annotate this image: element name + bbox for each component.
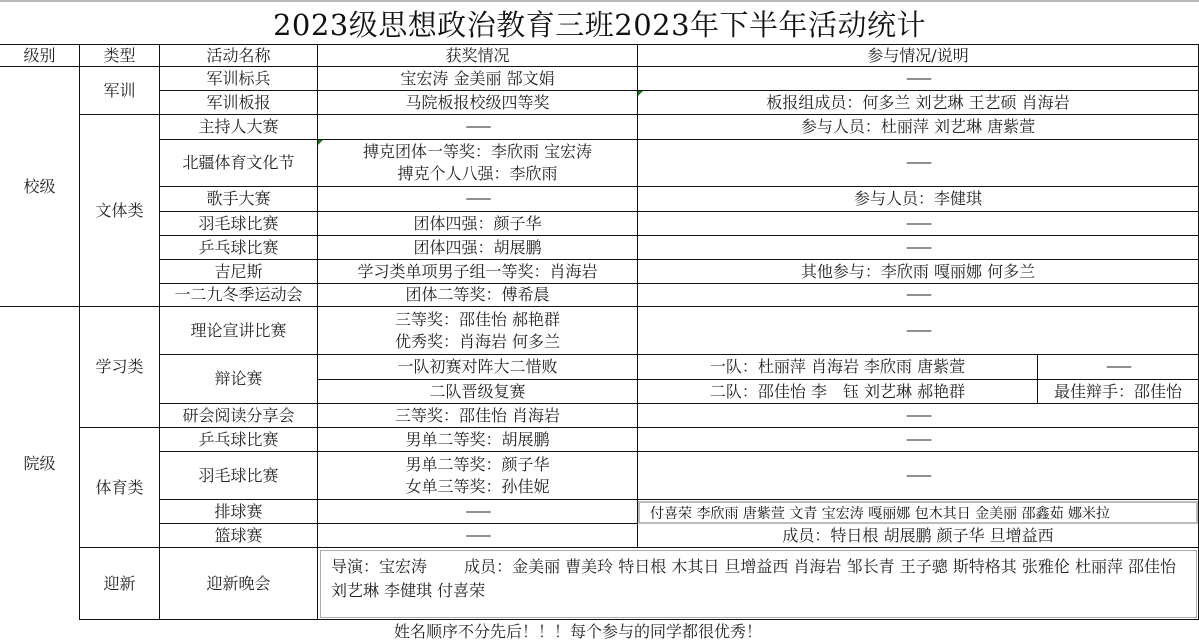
volleyball-members-textbox[interactable]: 付喜荣 李欣雨 唐紫萱 文青 宝宏涛 嘎丽娜 包木其日 金美丽 邵鑫茹 娜米拉 bbox=[638, 501, 1198, 524]
awards-cell: 三等奖：邵佳怡 肖海岩 bbox=[318, 404, 638, 428]
type-sports: 体育类 bbox=[80, 428, 160, 548]
type-study: 学习类 bbox=[80, 307, 160, 428]
activity-name: 北疆体育文化节 bbox=[160, 140, 318, 187]
participation-cell: —— bbox=[638, 284, 1199, 307]
header-awards: 获奖情况 bbox=[318, 44, 638, 67]
activity-name: 歌手大赛 bbox=[160, 187, 318, 212]
award-line: 优秀奖：肖海岩 何多兰 bbox=[395, 331, 560, 353]
type-welcome: 迎新 bbox=[80, 548, 160, 620]
award-line: 搏克个人八强：李欣雨 bbox=[397, 163, 557, 185]
comment-marker-icon[interactable] bbox=[638, 91, 643, 96]
welcome-details-textbox[interactable]: 导演：宝宏涛 成员：金美丽 曹美玲 特日根 木其日 旦增益西 肖海岩 邹长青 王… bbox=[320, 550, 1197, 618]
award-line: 三等奖：邵佳怡 郝艳群 bbox=[395, 309, 560, 331]
level-school: 校级 bbox=[0, 67, 80, 307]
team-members-cell: 二队：邵佳怡 李 钰 刘艺琳 郝艳群 bbox=[638, 380, 1038, 404]
participation-cell: 板报组成员：何多兰 刘艺琳 王艺硕 肖海岩 bbox=[638, 91, 1199, 115]
activity-name: 乒乓球比赛 bbox=[160, 428, 318, 452]
activity-name: 羽毛球比赛 bbox=[160, 212, 318, 236]
participation-cell: 参与人员：李健琪 bbox=[638, 187, 1199, 212]
participation-cell: —— bbox=[638, 428, 1199, 452]
participation-cell: —— bbox=[638, 67, 1199, 91]
participation-cell: 其他参与：李欣雨 嘎丽娜 何多兰 bbox=[638, 260, 1199, 284]
awards-cell: 团体四强：胡展鹏 bbox=[318, 236, 638, 260]
awards-cell: 一队初赛对阵大二惜败 bbox=[318, 355, 638, 380]
header-participation: 参与情况/说明 bbox=[638, 44, 1199, 67]
team-note-cell: —— bbox=[1038, 355, 1199, 380]
activity-name: 篮球赛 bbox=[160, 524, 318, 548]
participation-cell: —— bbox=[638, 452, 1199, 500]
awards-cell: —— bbox=[318, 115, 638, 140]
award-line: 搏克团体一等奖：李欣雨 宝宏涛 bbox=[363, 141, 592, 163]
awards-cell: 男单二等奖：颜子华 女单三等奖：孙佳妮 bbox=[318, 452, 638, 500]
awards-cell: 二队晋级复赛 bbox=[318, 380, 638, 404]
activity-name: 一二九冬季运动会 bbox=[160, 284, 318, 307]
footer-note: 姓名顺序不分先后！！！每个参与的同学都很优秀！ bbox=[318, 620, 1199, 641]
awards-cell: 学习类单项男子组一等奖：肖海岩 bbox=[318, 260, 638, 284]
header-activity: 活动名称 bbox=[160, 44, 318, 67]
activity-name: 研会阅读分享会 bbox=[160, 404, 318, 428]
type-culture-sports: 文体类 bbox=[80, 115, 160, 307]
awards-cell: —— bbox=[318, 187, 638, 212]
awards-cell: —— bbox=[318, 500, 638, 524]
activity-name: 主持人大赛 bbox=[160, 115, 318, 140]
activity-name: 军训板报 bbox=[160, 91, 318, 115]
participation-cell: 参与人员：杜丽萍 刘艺琳 唐紫萱 bbox=[638, 115, 1199, 140]
awards-cell: 男单二等奖：胡展鹏 bbox=[318, 428, 638, 452]
activity-name: 迎新晚会 bbox=[160, 548, 318, 620]
awards-cell: 搏克团体一等奖：李欣雨 宝宏涛 搏克个人八强：李欣雨 bbox=[318, 140, 638, 187]
participation-cell: —— bbox=[638, 212, 1199, 236]
awards-cell: 宝宏涛 金美丽 郜文娟 bbox=[318, 67, 638, 91]
activity-name: 军训标兵 bbox=[160, 67, 318, 91]
award-line: 男单二等奖：颜子华 bbox=[405, 454, 549, 476]
participation-cell: —— bbox=[638, 140, 1199, 187]
participation-cell: —— bbox=[638, 236, 1199, 260]
activity-name: 理论宣讲比赛 bbox=[160, 307, 318, 355]
team-members-cell: 一队：杜丽萍 肖海岩 李欣雨 唐紫萱 bbox=[638, 355, 1038, 380]
award-line: 女单三等奖：孙佳妮 bbox=[405, 476, 549, 498]
participation-cell: —— bbox=[638, 404, 1199, 428]
awards-cell: 团体四强：颜子华 bbox=[318, 212, 638, 236]
activity-name: 排球赛 bbox=[160, 500, 318, 524]
awards-cell: 团体二等奖：傅希晨 bbox=[318, 284, 638, 307]
level-college: 院级 bbox=[0, 307, 80, 620]
activity-name: 辩论赛 bbox=[160, 355, 318, 404]
header-type: 类型 bbox=[80, 44, 160, 67]
awards-cell: 马院板报校级四等奖 bbox=[318, 91, 638, 115]
activity-name: 吉尼斯 bbox=[160, 260, 318, 284]
page-title: 2023级思想政治教育三班2023年下半年活动统计 bbox=[0, 0, 1199, 44]
type-military: 军训 bbox=[80, 67, 160, 115]
awards-cell: —— bbox=[318, 524, 638, 548]
participation-cell: 成员：特日根 胡展鹏 颜子华 旦增益西 bbox=[638, 524, 1199, 548]
activity-name: 羽毛球比赛 bbox=[160, 452, 318, 500]
participation-cell: —— bbox=[638, 307, 1199, 355]
team-note-cell: 最佳辩手：邵佳怡 bbox=[1038, 380, 1199, 404]
activity-name: 乒乓球比赛 bbox=[160, 236, 318, 260]
comment-marker-icon[interactable] bbox=[318, 140, 323, 145]
awards-cell: 三等奖：邵佳怡 郝艳群 优秀奖：肖海岩 何多兰 bbox=[318, 307, 638, 355]
header-level: 级别 bbox=[0, 44, 80, 67]
